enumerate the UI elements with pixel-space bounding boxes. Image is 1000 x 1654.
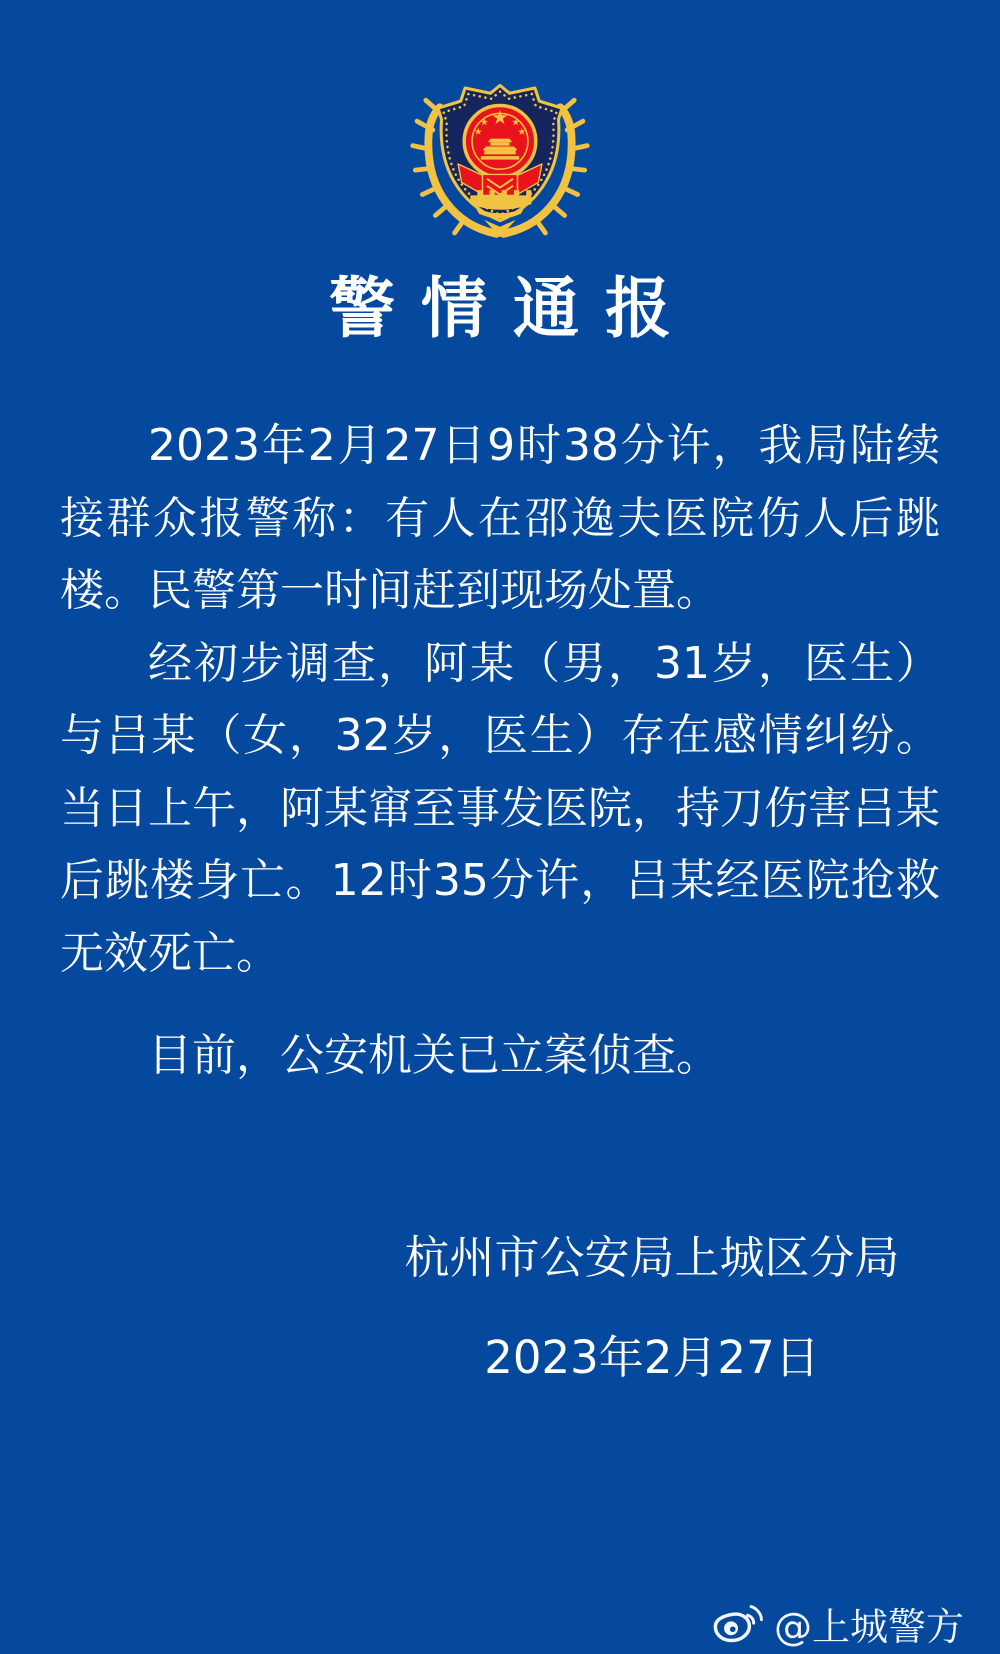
signature-block: 杭州市公安局上城区分局 2023年2月27日 xyxy=(392,1222,912,1394)
weibo-handle: @上城警方 xyxy=(774,1596,964,1651)
police-emblem-icon xyxy=(404,66,596,241)
police-notice-poster: 警情通报 2023年2月27日9时38分许，我局陆续接群众报警称：有人在邵逸夫医… xyxy=(0,0,1000,1654)
weibo-watermark: @上城警方 xyxy=(711,1596,964,1651)
weibo-icon xyxy=(711,1601,765,1647)
notice-paragraph-2: 经初步调查，阿某（男，31岁，医生）与吕某（女，32岁，医生）存在感情纠纷。当日… xyxy=(60,628,940,991)
issue-date: 2023年2月27日 xyxy=(392,1322,912,1394)
notice-body: 2023年2月27日9时38分许，我局陆续接群众报警称：有人在邵逸夫医院伤人后跳… xyxy=(60,410,940,1093)
notice-title: 警情通报 xyxy=(0,272,1000,345)
notice-paragraph-3: 目前，公安机关已立案侦查。 xyxy=(60,1020,940,1093)
issuing-agency: 杭州市公安局上城区分局 xyxy=(392,1222,912,1294)
notice-paragraph-1: 2023年2月27日9时38分许，我局陆续接群众报警称：有人在邵逸夫医院伤人后跳… xyxy=(60,410,940,628)
